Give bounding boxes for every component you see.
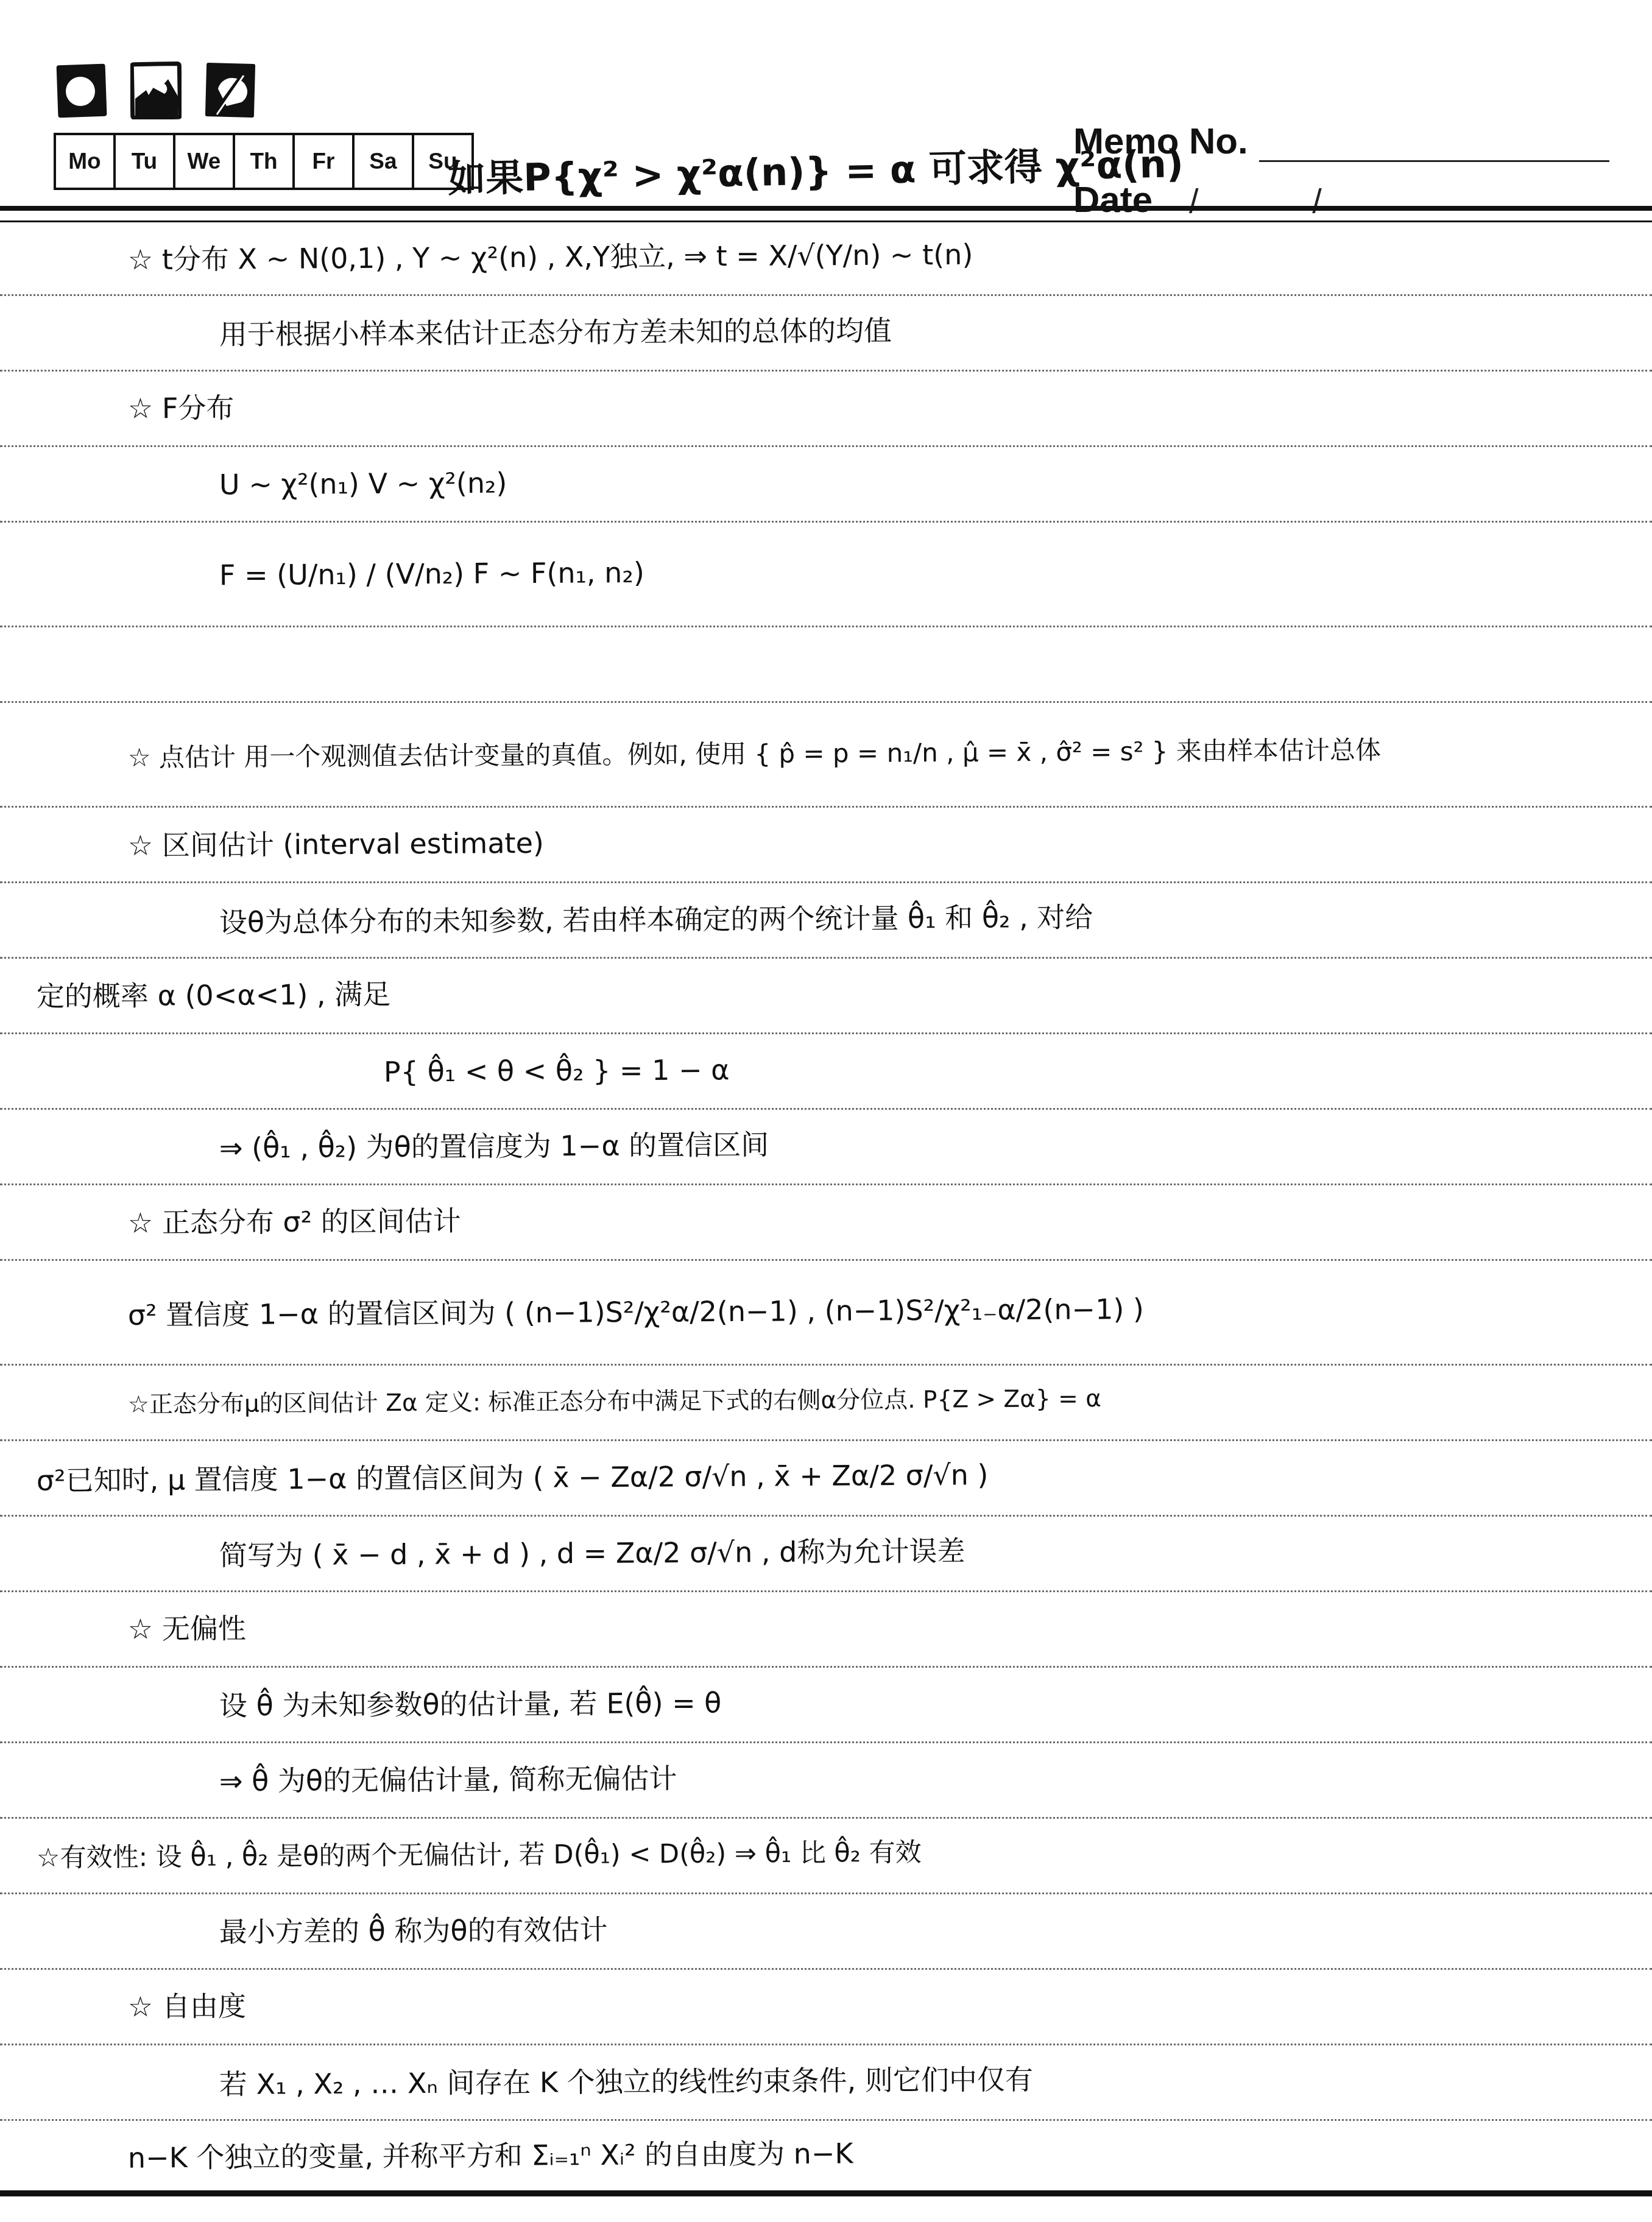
note-line-text: F = (U/n₁) / (V/n₂) F ∼ F(n₁, n₂) [219, 558, 644, 590]
note-line: ☆ 区间估计 (interval estimate) [0, 808, 1652, 883]
note-line-text: ☆ t分布 X ∼ N(0,1) , Y ∼ χ²(n) , X,Y独立, ⇒ … [128, 240, 973, 275]
weekday-strip: MoTuWeThFrSaSu [56, 133, 474, 190]
note-line-text: σ² 置信度 1−α 的置信区间为 ( (n−1)S²/χ²α/2(n−1) ,… [128, 1294, 1144, 1330]
note-line: ☆ F分布 [0, 372, 1652, 447]
memo-page: MoTuWeThFrSaSu Memo No. Date / / 如果P{χ² … [0, 0, 1652, 2222]
weekday-cell: Mo [54, 133, 116, 190]
note-line: ⇒ (θ̂₁ , θ̂₂) 为θ的置信度为 1−α 的置信区间 [0, 1110, 1652, 1185]
note-line-text: ☆ 区间估计 (interval estimate) [128, 828, 544, 860]
note-line-text: ☆ 无偏性 [128, 1614, 246, 1644]
note-line-text: n−K 个独立的变量, 并称平方和 Σᵢ₌₁ⁿ Xᵢ² 的自由度为 n−K [128, 2139, 853, 2173]
note-line-text: 简写为 ( x̄ − d , x̄ + d ) , d = Zα/2 σ/√n … [219, 1537, 965, 1571]
note-line: ☆正态分布μ的区间估计 Zα 定义: 标准正态分布中满足下式的右侧α分位点. P… [0, 1366, 1652, 1441]
note-line: 用于根据小样本来估计正态分布方差未知的总体的均值 [0, 296, 1652, 372]
note-line-text: 设 θ̂ 为未知参数θ的估计量, 若 E(θ̂) = θ [219, 1688, 722, 1721]
note-lines: ☆ t分布 X ∼ N(0,1) , Y ∼ χ²(n) , X,Y独立, ⇒ … [0, 220, 1652, 2222]
note-line: 若 X₁ , X₂ , … Xₙ 间存在 K 个独立的线性约束条件, 则它们中仅… [0, 2045, 1652, 2121]
note-line-text: ⇒ θ̂ 为θ的无偏估计量, 简称无偏估计 [219, 1764, 677, 1796]
note-line [0, 627, 1652, 703]
note-line-text: ☆正态分布μ的区间估计 Zα 定义: 标准正态分布中满足下式的右侧α分位点. P… [128, 1387, 1101, 1418]
note-line-text: ☆ 自由度 [128, 1992, 246, 2022]
note-line-text: σ²已知时, μ 置信度 1−α 的置信区间为 ( x̄ − Zα/2 σ/√n… [37, 1461, 989, 1496]
memo-no-blank-line [1259, 113, 1609, 162]
note-line: P{ θ̂₁ < θ < θ̂₂ } = 1 − α [0, 1034, 1652, 1110]
note-line-text: ☆有效性: 设 θ̂₁ , θ̂₂ 是θ的两个无偏估计, 若 D(θ̂₁) < … [37, 1839, 922, 1872]
header-divider [0, 206, 1652, 222]
weekday-cell: We [173, 133, 235, 190]
memo-header: MoTuWeThFrSaSu Memo No. Date / / 如果P{χ² … [0, 0, 1652, 214]
note-line: 设 θ̂ 为未知参数θ的估计量, 若 E(θ̂) = θ [0, 1668, 1652, 1743]
note-line-text: P{ θ̂₁ < θ < θ̂₂ } = 1 − α [384, 1056, 730, 1087]
weekday-cell: Th [233, 133, 295, 190]
weekday-cell: Tu [113, 133, 175, 190]
note-line: n−K 个独立的变量, 并称平方和 Σᵢ₌₁ⁿ Xᵢ² 的自由度为 n−K [0, 2121, 1652, 2196]
sun-icon [56, 61, 107, 119]
note-line-text: 若 X₁ , X₂ , … Xₙ 间存在 K 个独立的线性约束条件, 则它们中仅… [219, 2065, 1033, 2099]
note-line: σ² 置信度 1−α 的置信区间为 ( (n−1)S²/χ²α/2(n−1) ,… [0, 1261, 1652, 1366]
note-line: F = (U/n₁) / (V/n₂) F ∼ F(n₁, n₂) [0, 523, 1652, 627]
weekday-cell: Sa [352, 133, 414, 190]
note-line-text: ☆ 正态分布 σ² 的区间估计 [128, 1207, 461, 1238]
note-line-text: ⇒ (θ̂₁ , θ̂₂) 为θ的置信度为 1−α 的置信区间 [219, 1130, 769, 1163]
note-line-text: 定的概率 α (0<α<1) , 满足 [37, 980, 391, 1012]
partly-cloudy-icon [130, 61, 182, 119]
note-line-text: 最小方差的 θ̂ 称为θ的有效估计 [219, 1915, 608, 1947]
note-line-text: 设θ为总体分布的未知参数, 若由样本确定的两个统计量 θ̂₁ 和 θ̂₂ , 对… [219, 903, 1093, 937]
note-line-text: U ∼ χ²(n₁) V ∼ χ²(n₂) [219, 468, 507, 499]
note-line-text: ☆ 点估计 用一个观测值去估计变量的真值。例如, 使用 { p̂ = p = n… [128, 737, 1381, 772]
note-line: ☆ t分布 X ∼ N(0,1) , Y ∼ χ²(n) , X,Y独立, ⇒ … [0, 220, 1652, 296]
note-line: 设θ为总体分布的未知参数, 若由样本确定的两个统计量 θ̂₁ 和 θ̂₂ , 对… [0, 883, 1652, 959]
note-line: U ∼ χ²(n₁) V ∼ χ²(n₂) [0, 447, 1652, 523]
note-line-text: 用于根据小样本来估计正态分布方差未知的总体的均值 [219, 316, 892, 350]
note-line: ☆ 自由度 [0, 1970, 1652, 2045]
note-line: 简写为 ( x̄ − d , x̄ + d ) , d = Zα/2 σ/√n … [0, 1517, 1652, 1592]
note-line: 定的概率 α (0<α<1) , 满足 [0, 959, 1652, 1034]
note-line: ⇒ θ̂ 为θ的无偏估计量, 简称无偏估计 [0, 1743, 1652, 1819]
note-line: σ²已知时, μ 置信度 1−α 的置信区间为 ( x̄ − Zα/2 σ/√n… [0, 1441, 1652, 1517]
rain-umbrella-icon [205, 61, 256, 119]
note-line: ☆有效性: 设 θ̂₁ , θ̂₂ 是θ的两个无偏估计, 若 D(θ̂₁) < … [0, 1819, 1652, 1894]
note-line-text: ☆ F分布 [128, 393, 235, 423]
handwritten-top-note: 如果P{χ² > χ²α(n)} = α 可求得 χ²α(n) [447, 134, 1167, 203]
note-line: ☆ 正态分布 σ² 的区间估计 [0, 1185, 1652, 1261]
note-line: 最小方差的 θ̂ 称为θ的有效估计 [0, 1894, 1652, 1970]
weather-icon-row [56, 61, 256, 119]
weekday-cell: Fr [292, 133, 355, 190]
note-line: ☆ 点估计 用一个观测值去估计变量的真值。例如, 使用 { p̂ = p = n… [0, 703, 1652, 808]
note-line: ☆ 无偏性 [0, 1592, 1652, 1668]
